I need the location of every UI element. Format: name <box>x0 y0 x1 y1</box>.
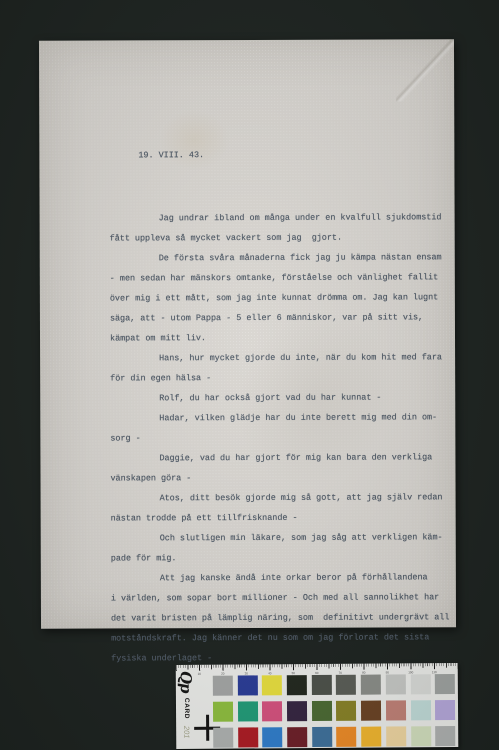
color-patch <box>386 726 406 746</box>
color-patch <box>262 675 282 695</box>
letter-line: Atos, ditt besök gjorde mig så gott, att… <box>111 487 451 508</box>
letter-line: Rolf, du har också gjort vad du har kunn… <box>110 387 450 408</box>
letter-paper: 19. VIII. 43. Jag undrar ibland om många… <box>39 39 456 628</box>
scanned-document: 19. VIII. 43. Jag undrar ibland om många… <box>0 0 499 750</box>
letter-line: - men sedan har mänskors omtanke, förstå… <box>110 267 450 288</box>
color-calibration-card: 102030405060708090100110 Qp CARD 201 <box>176 663 459 749</box>
letter-line: i världen, som sopar bort millioner - Oc… <box>111 587 451 608</box>
letter-line: motståndskraft. Jag känner det nu som om… <box>111 627 451 648</box>
color-patch <box>336 701 356 721</box>
color-patch-grid <box>213 674 456 748</box>
letter-line: nästan trodde på ett tillfrisknande - <box>111 507 451 528</box>
color-patch <box>410 674 430 694</box>
letter-line: säga, att - utom Pappa - 5 eller 6 männi… <box>110 307 450 328</box>
color-patch <box>336 675 356 695</box>
paper-corner-crease <box>396 39 454 101</box>
color-patch <box>287 701 307 721</box>
color-patch <box>435 674 455 694</box>
color-patch <box>411 726 431 746</box>
ruler-number: 10 <box>198 672 201 676</box>
letter-line: Att jag kanske ändå inte orkar beror på … <box>111 567 451 588</box>
letter-line: för din egen hälsa - <box>110 367 450 388</box>
letter-line: De första svåra månaderna fick jag ju kä… <box>110 247 450 268</box>
color-patch <box>312 727 332 747</box>
letter-line: kämpat om mitt liv. <box>110 327 450 348</box>
letter-line: pade för mig. <box>111 547 451 568</box>
color-patch <box>238 727 258 747</box>
qpcard-logo: Qp CARD 201 <box>178 671 194 738</box>
letter-text: 19. VIII. 43. Jag undrar ibland om många… <box>109 124 451 688</box>
letter-body: Jag undrar ibland om många under en kval… <box>110 207 452 668</box>
letter-line: Jag undrar ibland om många under en kval… <box>110 207 450 228</box>
letter-line: vänskapen göra - <box>110 467 450 488</box>
color-patch <box>435 726 455 746</box>
letter-line: Hans, hur mycket gjorde du inte, när du … <box>110 347 450 368</box>
color-patch <box>361 701 381 721</box>
color-patch <box>337 727 357 747</box>
color-patch <box>386 674 406 694</box>
color-patch <box>386 700 406 720</box>
color-patch <box>213 728 233 748</box>
color-patch <box>238 701 258 721</box>
letter-date: 19. VIII. 43. <box>138 144 449 165</box>
qpcard-logo-card: CARD <box>183 698 190 719</box>
letter-line: Och slutligen min läkare, som jag såg at… <box>111 527 451 548</box>
letter-line: Hadar, vilken glädje har du inte berett … <box>110 407 450 428</box>
color-patch <box>287 675 307 695</box>
color-patch <box>262 701 282 721</box>
letter-line: fått uppleva så mycket vackert som jag g… <box>110 227 450 248</box>
color-patch <box>213 676 233 696</box>
color-patch <box>435 700 455 720</box>
qpcard-logo-model: 201 <box>182 726 191 739</box>
letter-line: det varit bristen på lämplig näring, som… <box>111 607 451 628</box>
letter-line: sorg - <box>110 427 450 448</box>
letter-line: Daggie, vad du har gjort för mig kan bar… <box>110 447 450 468</box>
color-patch <box>263 727 283 747</box>
color-patch <box>312 675 332 695</box>
color-patch <box>361 675 381 695</box>
color-patch <box>361 727 381 747</box>
color-patch <box>237 675 257 695</box>
color-patch <box>213 702 233 722</box>
color-patch <box>312 701 332 721</box>
qpcard-logo-qp: Qp <box>177 671 195 693</box>
color-patch <box>287 727 307 747</box>
color-patch <box>410 700 430 720</box>
letter-line: över mig i ett mått, som jag inte kunnat… <box>110 287 450 308</box>
